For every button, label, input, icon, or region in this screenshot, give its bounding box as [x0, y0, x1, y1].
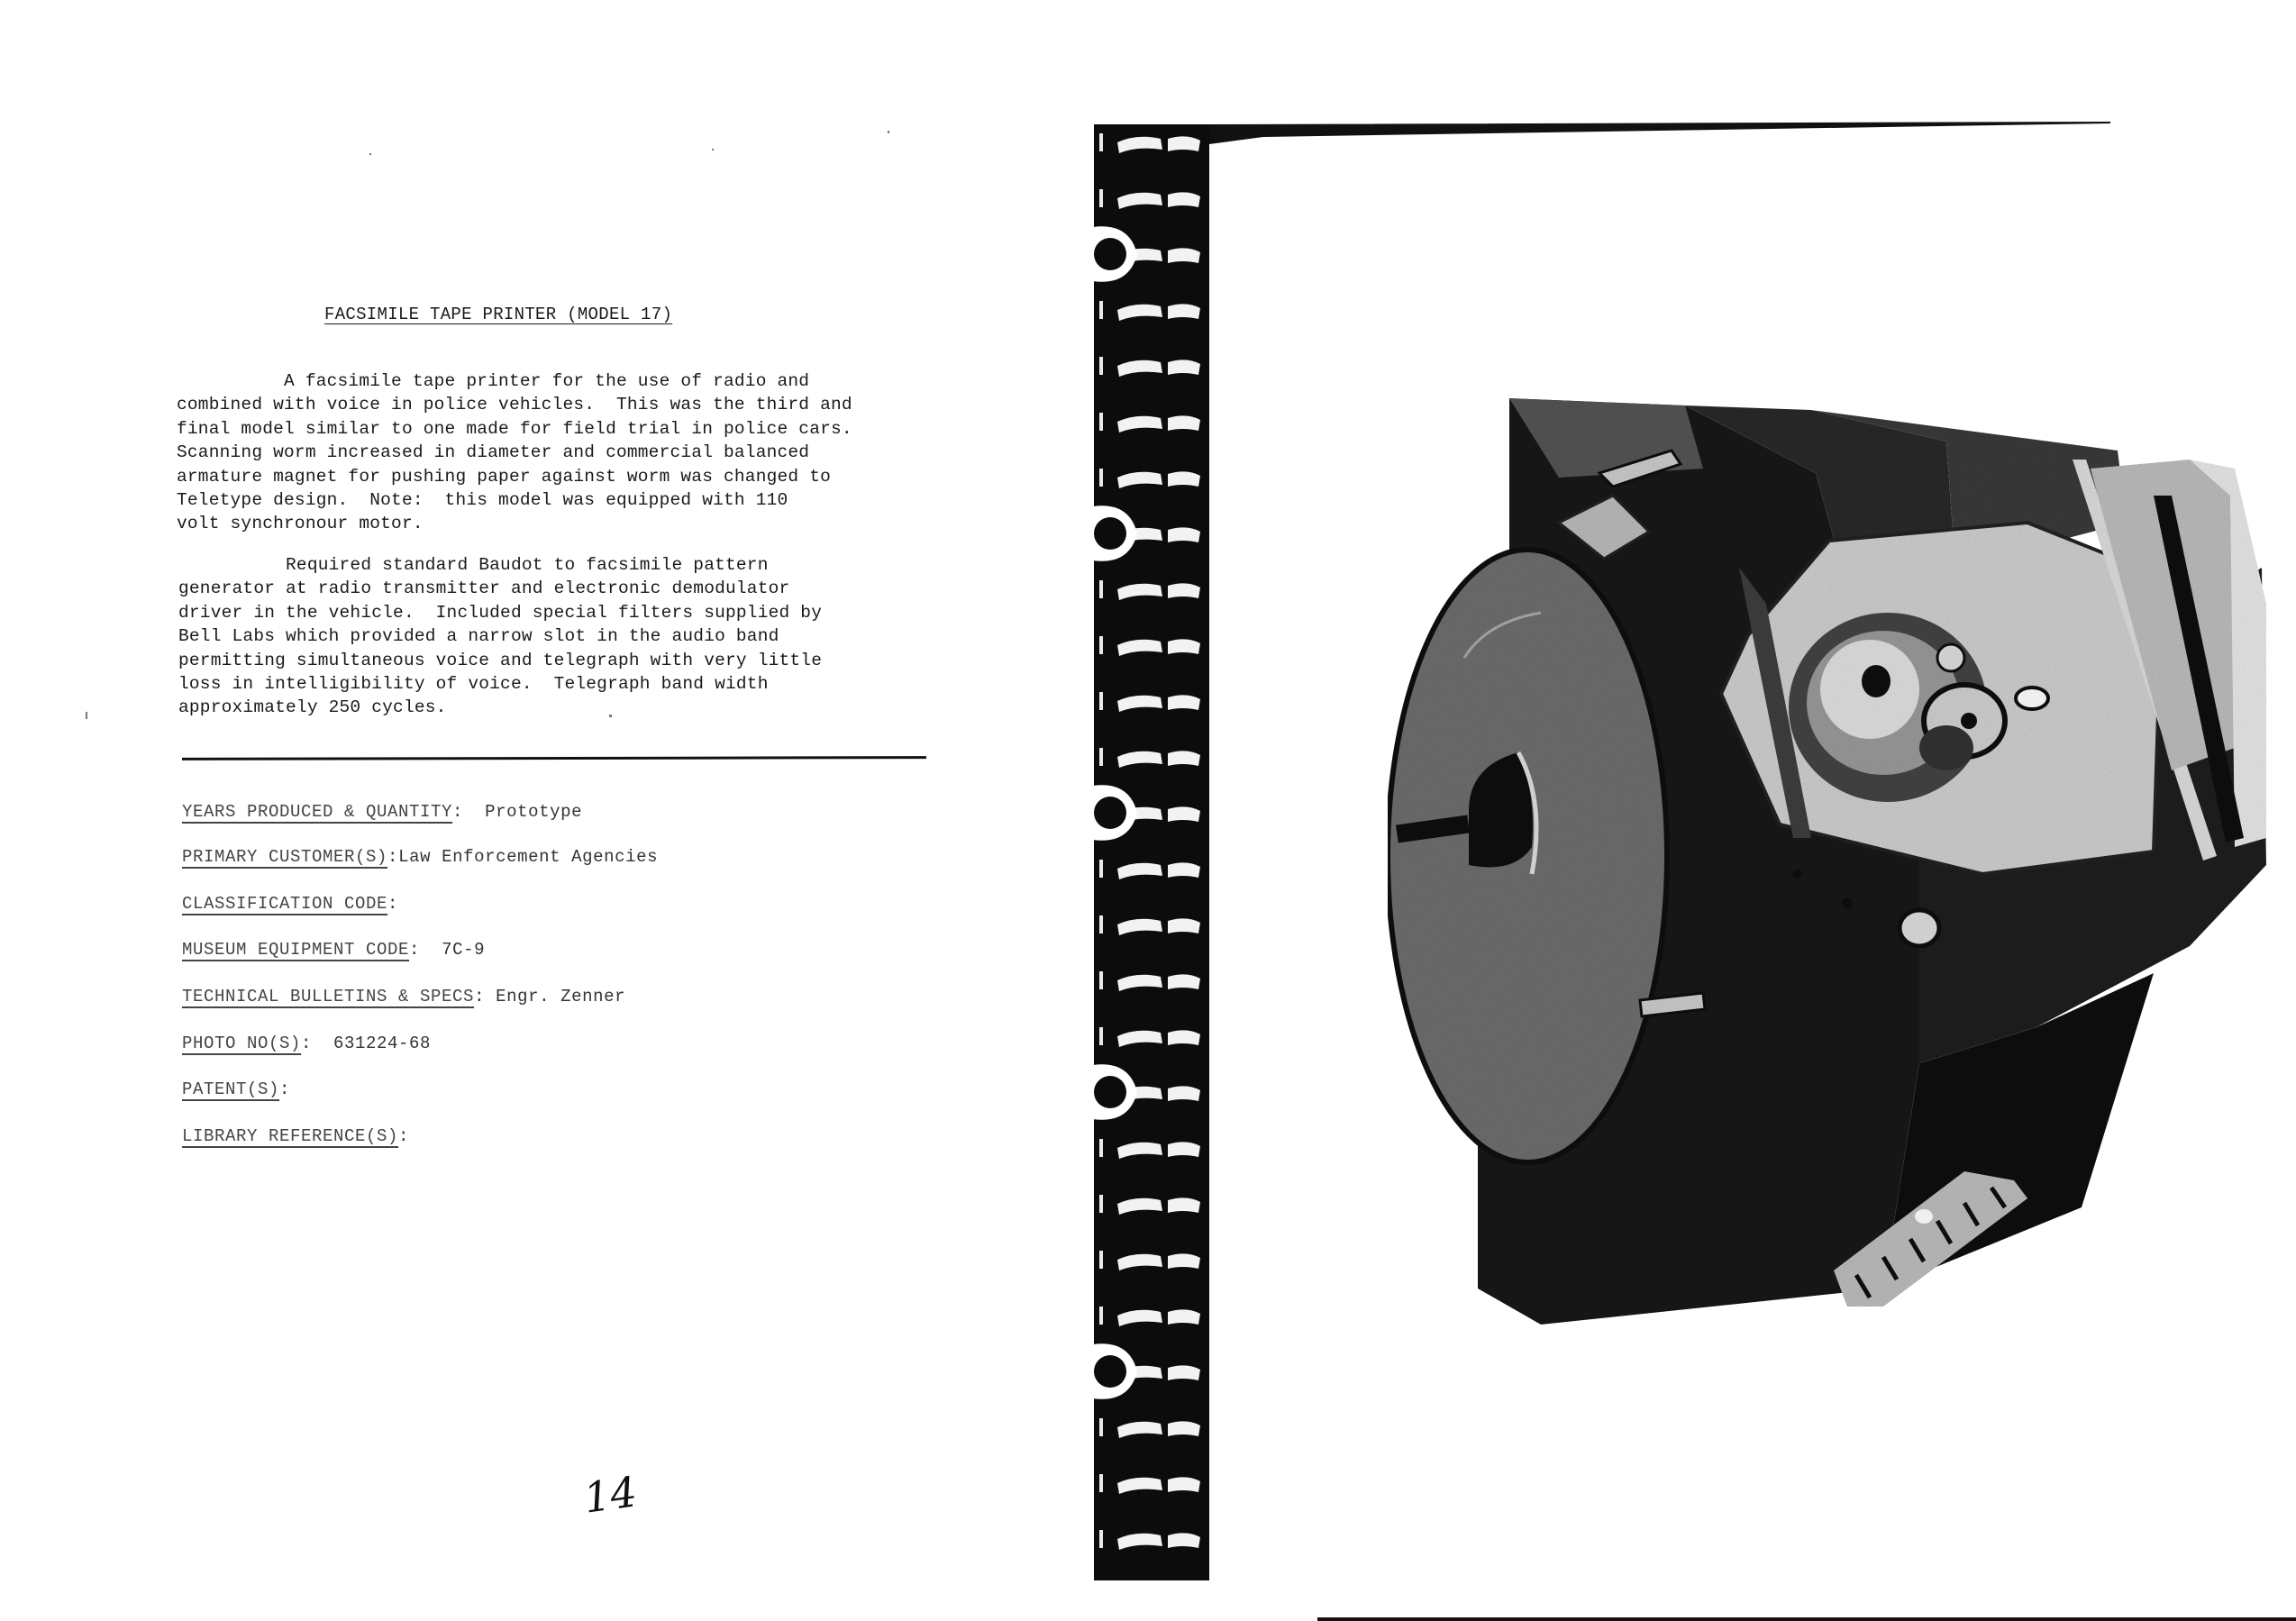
field-label: MUSEUM EQUIPMENT CODE — [182, 940, 409, 960]
field-row: PHOTO NO(S): 631224-68 — [182, 1034, 431, 1053]
field-row: MUSEUM EQUIPMENT CODE: 7C-9 — [182, 940, 485, 960]
field-label: PHOTO NO(S) — [182, 1034, 301, 1053]
field-row: TECHNICAL BULLETINS & SPECS: Engr. Zenne… — [182, 987, 625, 1006]
field-row: LIBRARY REFERENCE(S): — [182, 1126, 409, 1146]
description-paragraph-2: Required standard Baudot to facsimile pa… — [178, 553, 822, 720]
section-divider — [182, 756, 926, 760]
scan-speck — [712, 149, 714, 150]
field-value: Engr. Zenner — [496, 987, 625, 1006]
field-separator: : — [387, 847, 398, 867]
device-photograph — [1379, 387, 2280, 1334]
left-page: FACSIMILE TAPE PRINTER (MODEL 17) A facs… — [0, 0, 1063, 1621]
description-paragraph-1: A facsimile tape printer for the use of … — [177, 369, 852, 536]
field-value: Prototype — [485, 802, 582, 822]
page-number: 14 — [581, 1467, 640, 1523]
facsimile-printer-photo — [1379, 387, 2280, 1334]
field-label: LIBRARY REFERENCE(S) — [182, 1126, 398, 1146]
field-separator: : — [398, 1126, 409, 1146]
spiral-binding-graphic — [1074, 124, 1209, 1580]
field-row: PRIMARY CUSTOMER(S):Law Enforcement Agen… — [182, 847, 658, 867]
field-separator: : — [279, 1079, 290, 1099]
field-row: CLASSIFICATION CODE: — [182, 894, 398, 914]
field-value: Law Enforcement Agencies — [398, 847, 658, 867]
field-separator: : — [301, 1034, 333, 1053]
scan-speck — [369, 153, 371, 155]
scan-speck — [888, 131, 889, 133]
field-label: PATENT(S) — [182, 1079, 279, 1099]
spiral-binding — [1074, 124, 1209, 1580]
document-title: FACSIMILE TAPE PRINTER (MODEL 17) — [324, 305, 672, 324]
field-row: YEARS PRODUCED & QUANTITY: Prototype — [182, 802, 582, 822]
scan-speck — [609, 715, 612, 717]
field-value: 7C-9 — [442, 940, 485, 960]
field-label: TECHNICAL BULLETINS & SPECS — [182, 987, 474, 1006]
field-label: CLASSIFICATION CODE — [182, 894, 387, 914]
field-separator: : — [409, 940, 442, 960]
scan-speck — [86, 712, 87, 719]
field-label: YEARS PRODUCED & QUANTITY — [182, 802, 452, 822]
field-separator: : — [474, 987, 496, 1006]
field-value: 631224-68 — [333, 1034, 431, 1053]
field-separator: : — [452, 802, 485, 822]
field-row: PATENT(S): — [182, 1079, 290, 1099]
field-label: PRIMARY CUSTOMER(S) — [182, 847, 387, 867]
field-separator: : — [387, 894, 398, 914]
